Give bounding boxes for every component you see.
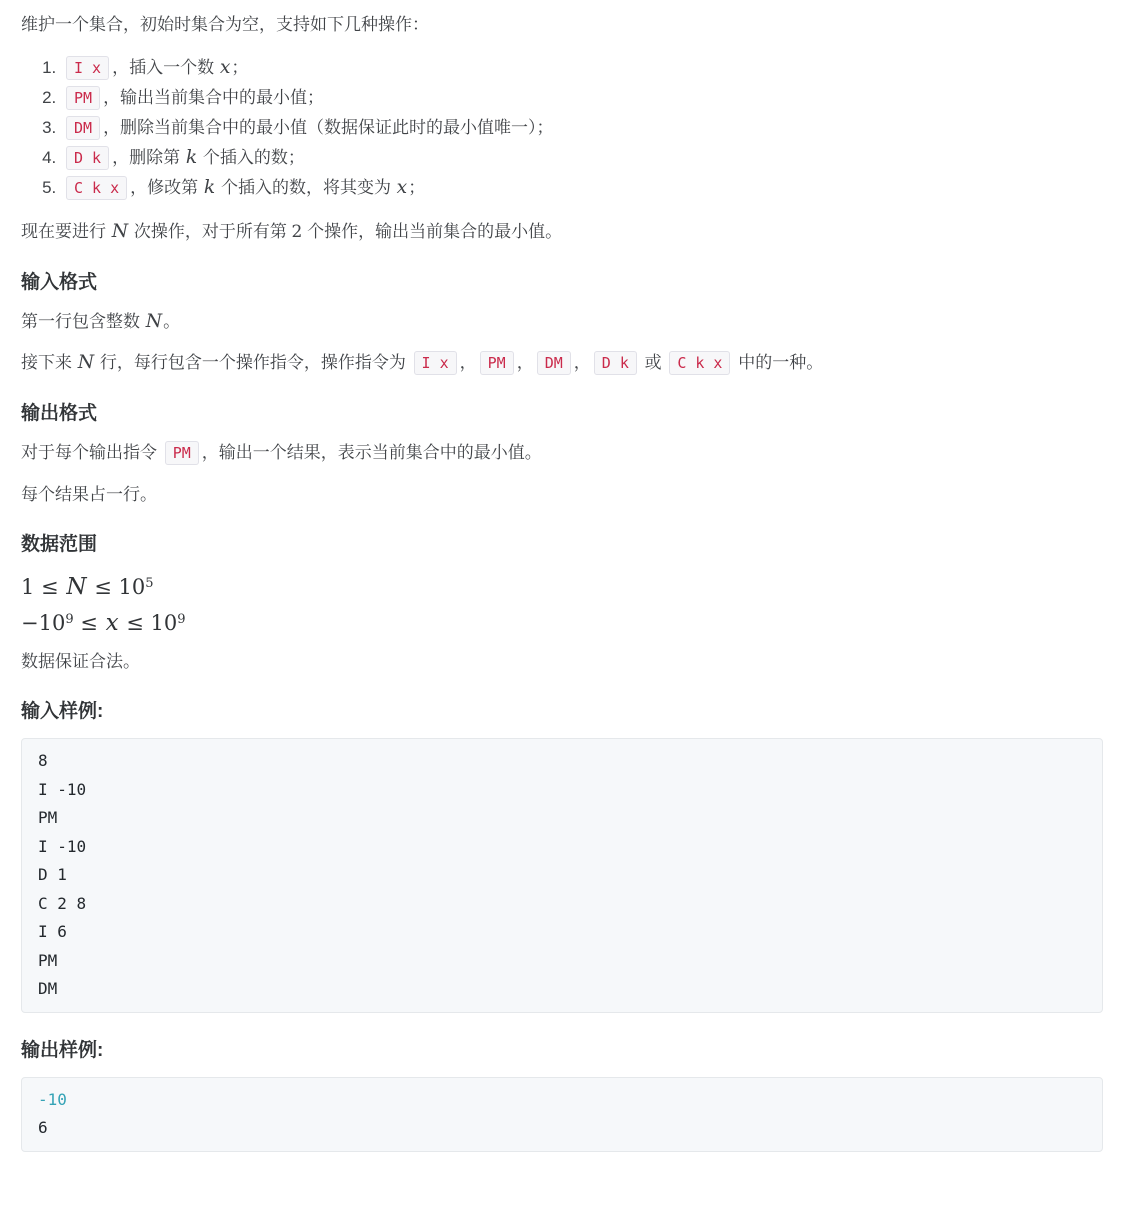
paragraph: 第一行包含整数 N。 bbox=[21, 309, 1103, 334]
math-token: ≤ 10 bbox=[88, 575, 146, 599]
text-run: 个插入的数； bbox=[198, 148, 305, 167]
math-token: k bbox=[203, 177, 216, 198]
intro-paragraph: 维护一个集合，初始时集合为空，支持如下几种操作： bbox=[21, 12, 1103, 37]
list-item: I x，插入一个数 x； bbox=[61, 53, 1103, 83]
inline-code: C k x bbox=[669, 351, 730, 375]
math-line: −109 ≤ x ≤ 109 bbox=[21, 607, 1103, 643]
input-sample-code-block: 8I -10PMI -10D 1C 2 8I 6PMDM bbox=[21, 738, 1103, 1013]
output-sample-code-block: -106 bbox=[21, 1077, 1103, 1152]
problem-statement: 维护一个集合，初始时集合为空，支持如下几种操作： I x，插入一个数 x； PM… bbox=[0, 0, 1124, 1182]
text-run: ，修改第 bbox=[130, 178, 203, 197]
math-token: N bbox=[145, 311, 163, 332]
inline-code: D k bbox=[66, 146, 109, 170]
text-run: 中的一种。 bbox=[733, 353, 823, 372]
text-run: 次操作，对于所有第 bbox=[129, 222, 291, 241]
text-run: 。 bbox=[163, 312, 180, 331]
list-item: C k x，修改第 k 个插入的数，将其变为 x； bbox=[61, 173, 1103, 203]
math-token: 1 ≤ bbox=[21, 575, 65, 599]
math-token: ≤ 10 bbox=[120, 611, 178, 635]
text-run: 数据保证合法。 bbox=[21, 652, 140, 671]
code-line: DM bbox=[38, 975, 1086, 1004]
text-run: ， bbox=[460, 353, 477, 372]
input-sample-heading: 输入样例: bbox=[21, 700, 1103, 724]
text-run: ，插入一个数 bbox=[112, 58, 219, 77]
paragraph: 接下来 N 行，每行包含一个操作指令，操作指令为 I x，PM，DM，D k 或… bbox=[21, 350, 1103, 376]
text-run: ， bbox=[574, 353, 591, 372]
text-run: ； bbox=[231, 58, 248, 77]
inline-code: I x bbox=[414, 351, 457, 375]
text-run: 行，每行包含一个操作指令，操作指令为 bbox=[95, 353, 410, 372]
text-run: 每个结果占一行。 bbox=[21, 485, 157, 504]
paragraph: 对于每个输出指令 PM，输出一个结果，表示当前集合中的最小值。 bbox=[21, 440, 1103, 466]
text-run: 接下来 bbox=[21, 353, 77, 372]
math-token: x bbox=[396, 177, 409, 198]
math-superscript: 5 bbox=[145, 576, 153, 591]
math-token: −10 bbox=[21, 611, 65, 635]
text-run: ， bbox=[517, 353, 534, 372]
inline-code: DM bbox=[66, 116, 100, 140]
math-token: N bbox=[65, 574, 87, 600]
code-line: -10 bbox=[38, 1086, 1086, 1115]
paragraph: 每个结果占一行。 bbox=[21, 482, 1103, 507]
text-run: 维护一个集合，初始时集合为空，支持如下几种操作： bbox=[21, 15, 429, 34]
list-item: PM，输出当前集合中的最小值； bbox=[61, 83, 1103, 113]
summary-paragraph: 现在要进行 N 次操作，对于所有第 2 个操作，输出当前集合的最小值。 bbox=[21, 219, 1103, 245]
text-run: 或 bbox=[640, 353, 666, 372]
text-run: ，输出当前集合中的最小值； bbox=[103, 88, 324, 107]
code-line: PM bbox=[38, 947, 1086, 976]
data-range-math: 1 ≤ N ≤ 105 −109 ≤ x ≤ 109 bbox=[21, 571, 1103, 643]
text-run: 对于每个输出指令 bbox=[21, 443, 162, 462]
text-run: ，输出一个结果，表示当前集合中的最小值。 bbox=[202, 443, 542, 462]
inline-code: I x bbox=[66, 56, 109, 80]
data-range-heading: 数据范围 bbox=[21, 533, 1103, 557]
math-token: N bbox=[77, 352, 95, 373]
text-run: ，删除第 bbox=[112, 148, 185, 167]
text-run: 现在要进行 bbox=[21, 222, 111, 241]
inline-code: PM bbox=[480, 351, 514, 375]
code-line: C 2 8 bbox=[38, 890, 1086, 919]
math-token: x bbox=[105, 610, 120, 636]
list-item: D k，删除第 k 个插入的数； bbox=[61, 143, 1103, 173]
code-line: 6 bbox=[38, 1114, 1086, 1143]
code-line: 8 bbox=[38, 747, 1086, 776]
data-range-note: 数据保证合法。 bbox=[21, 649, 1103, 674]
code-line: I 6 bbox=[38, 918, 1086, 947]
output-format-heading: 输出格式 bbox=[21, 402, 1103, 426]
math-superscript: 9 bbox=[177, 612, 185, 627]
math-superscript: 9 bbox=[65, 612, 73, 627]
input-format-heading: 输入格式 bbox=[21, 271, 1103, 295]
output-sample-heading: 输出样例: bbox=[21, 1039, 1103, 1063]
text-run: 个操作，输出当前集合的最小值。 bbox=[302, 222, 562, 241]
text-run: 第一行包含整数 bbox=[21, 312, 145, 331]
math-token: ≤ bbox=[74, 611, 105, 635]
math-token: N bbox=[111, 221, 129, 242]
text-run: ，删除当前集合中的最小值（数据保证此时的最小值唯一）； bbox=[103, 118, 554, 137]
code-line: D 1 bbox=[38, 861, 1086, 890]
code-line: I -10 bbox=[38, 776, 1086, 805]
code-line: PM bbox=[38, 804, 1086, 833]
inline-code: PM bbox=[165, 441, 199, 465]
operations-list: I x，插入一个数 x； PM，输出当前集合中的最小值； DM，删除当前集合中的… bbox=[21, 53, 1103, 203]
text-run: 个插入的数，将其变为 bbox=[216, 178, 395, 197]
math-token: x bbox=[219, 57, 232, 78]
list-item: DM，删除当前集合中的最小值（数据保证此时的最小值唯一）； bbox=[61, 113, 1103, 143]
inline-code: D k bbox=[594, 351, 637, 375]
code-line: I -10 bbox=[38, 833, 1086, 862]
inline-code: DM bbox=[537, 351, 571, 375]
math-line: 1 ≤ N ≤ 105 bbox=[21, 571, 1103, 607]
inline-code: PM bbox=[66, 86, 100, 110]
math-token: k bbox=[185, 147, 198, 168]
text-run: ； bbox=[408, 178, 425, 197]
inline-code: C k x bbox=[66, 176, 127, 200]
math-token: 2 bbox=[292, 222, 303, 242]
